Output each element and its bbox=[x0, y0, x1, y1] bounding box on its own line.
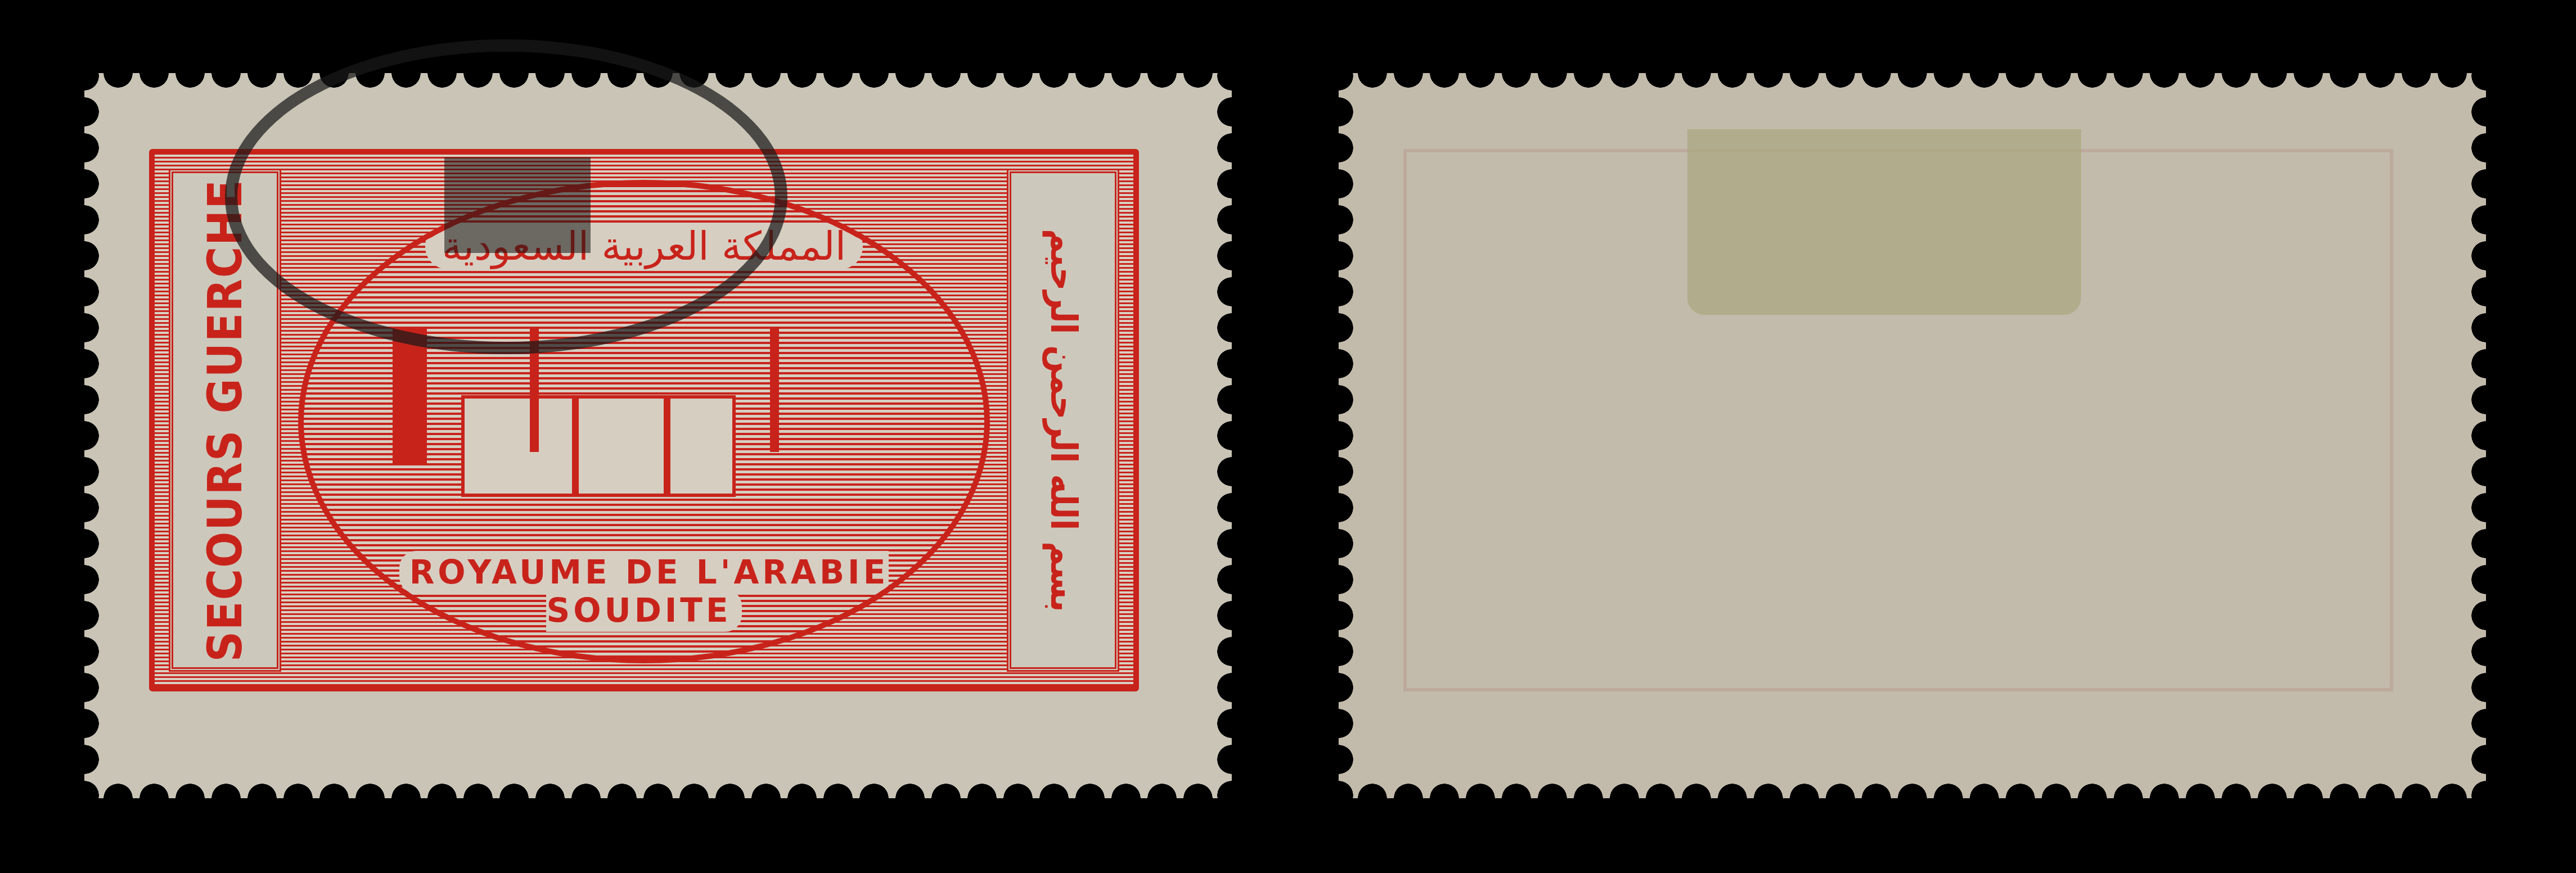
house-icon bbox=[575, 395, 667, 497]
banner-text: ROYAUME DE L'ARABIE SOUDITE bbox=[399, 551, 889, 632]
stamp-back bbox=[1339, 73, 2486, 798]
house-icon bbox=[667, 395, 736, 497]
hinge-remnant bbox=[1687, 129, 2081, 315]
right-panel-arabic-text: بسم الله الرحمن الرحيم bbox=[1042, 229, 1084, 612]
postmark-bar bbox=[444, 157, 591, 253]
house-icon bbox=[461, 395, 575, 497]
palm-tree-icon bbox=[770, 327, 779, 452]
village-scene bbox=[358, 327, 930, 554]
right-panel: بسم الله الرحمن الرحيم bbox=[1007, 169, 1119, 672]
stamp-front: SECOURS GUERCHE بسم الله الرحمن الرحيم ا… bbox=[84, 73, 1232, 798]
minaret-icon bbox=[393, 327, 427, 463]
